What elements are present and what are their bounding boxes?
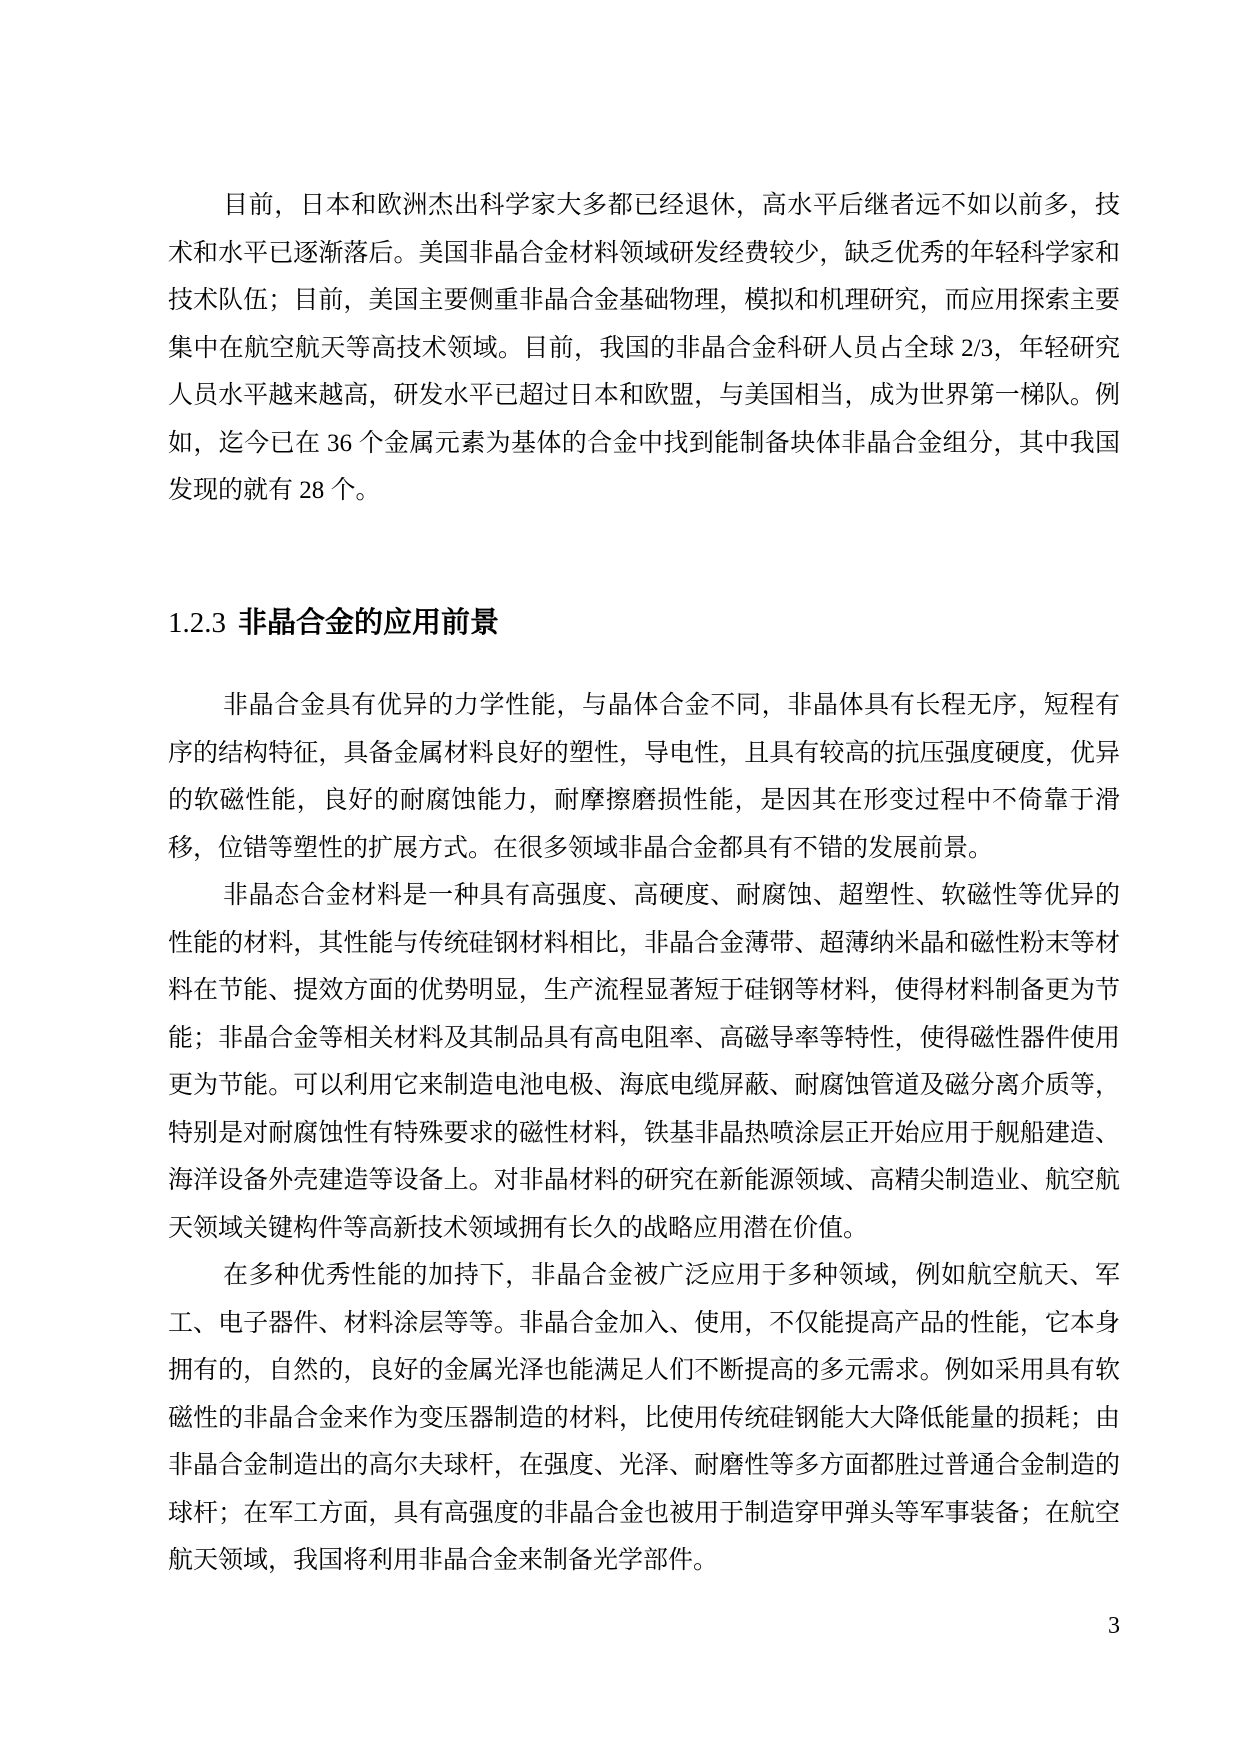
mechanics-paragraph: 非晶合金具有优异的力学性能，与晶体合金不同，非晶体具有长程无序，短程有序的结构特… bbox=[168, 682, 1120, 872]
document-page: 目前，日本和欧洲杰出科学家大多都已经退休，高水平后继者远不如以前多，技术和水平已… bbox=[0, 0, 1240, 1754]
intro-paragraph: 目前，日本和欧洲杰出科学家大多都已经退休，高水平后继者远不如以前多，技术和水平已… bbox=[168, 182, 1120, 515]
text-block: 目前，日本和欧洲杰出科学家大多都已经退休，高水平后继者远不如以前多，技术和水平已… bbox=[168, 182, 1120, 1585]
page-number: 3 bbox=[1108, 1612, 1120, 1640]
properties-paragraph: 非晶态合金材料是一种具有高强度、高硬度、耐腐蚀、超塑性、软磁性等优异的性能的材料… bbox=[168, 872, 1120, 1252]
section-heading-number: 1.2.3 bbox=[168, 607, 226, 639]
section-heading-title: 非晶合金的应用前景 bbox=[238, 607, 499, 639]
section-heading: 1.2.3非晶合金的应用前景 bbox=[168, 600, 1120, 648]
applications-paragraph: 在多种优秀性能的加持下，非晶合金被广泛应用于多种领域，例如航空航天、军工、电子器… bbox=[168, 1252, 1120, 1585]
